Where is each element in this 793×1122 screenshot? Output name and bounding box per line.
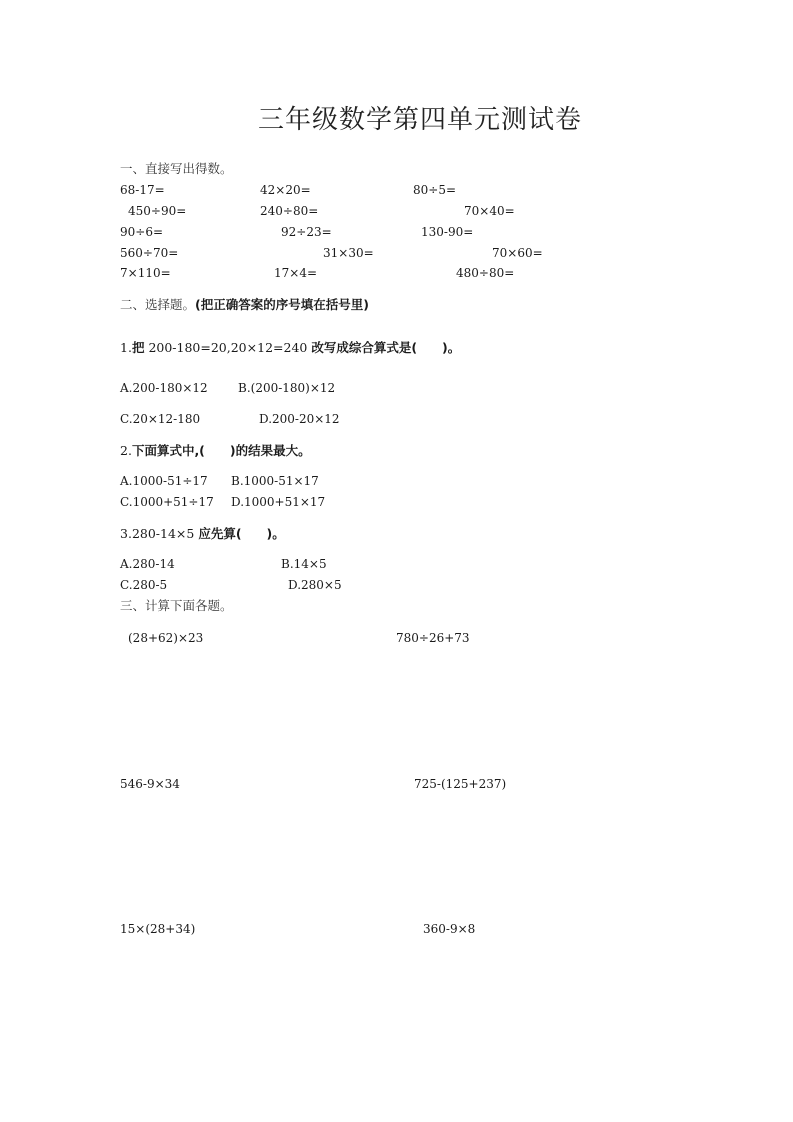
oral-problem: 17×4= xyxy=(274,266,317,280)
oral-problem: 90÷6= xyxy=(120,225,163,239)
oral-problem: 70×60= xyxy=(492,246,543,260)
calc-problem: (28+62)×23 xyxy=(128,631,203,645)
question-prefix: 把 xyxy=(132,340,145,355)
option-b: B.14×5 xyxy=(281,557,327,571)
question-1: 1.把 200-180=20,20×12=240 改写成综合算式是( )。 xyxy=(120,341,460,355)
oral-problem: 42×20= xyxy=(260,183,311,197)
question-number: 2. xyxy=(120,443,132,458)
oral-problem: 7×110= xyxy=(120,266,171,280)
option-d: D.200-20×12 xyxy=(259,412,340,426)
question-number: 3. xyxy=(120,526,132,541)
question-suffix: 下面算式中,( )的结果最大。 xyxy=(132,443,311,458)
calc-problem: 15×(28+34) xyxy=(120,922,195,936)
question-number: 1. xyxy=(120,340,132,355)
option-a: A.200-180×12 xyxy=(120,381,208,395)
oral-problem: 560÷70= xyxy=(120,246,178,260)
section-3-heading: 三、计算下面各题。 xyxy=(120,599,233,613)
calc-problem: 780÷26+73 xyxy=(396,631,470,645)
oral-problem: 480÷80= xyxy=(456,266,514,280)
option-c: C.1000+51÷17 xyxy=(120,495,214,509)
oral-problem: 92÷23= xyxy=(281,225,332,239)
oral-problem: 130-90= xyxy=(421,225,473,239)
option-c: C.20×12-180 xyxy=(120,412,200,426)
calc-problem: 360-9×8 xyxy=(423,922,475,936)
oral-problem: 70×40= xyxy=(464,204,515,218)
option-c: C.280-5 xyxy=(120,578,167,592)
question-expression: 280-14×5 xyxy=(132,526,194,541)
option-d: D.280×5 xyxy=(288,578,342,592)
section-2-heading: 二、选择题。 xyxy=(120,297,195,312)
option-a: A.280-14 xyxy=(120,557,175,571)
section-1-heading: 一、直接写出得数。 xyxy=(120,162,233,176)
oral-problem: 80÷5= xyxy=(413,183,456,197)
calc-problem: 725-(125+237) xyxy=(414,777,506,791)
oral-problem: 31×30= xyxy=(323,246,374,260)
page-title: 三年级数学第四单元测试卷 xyxy=(258,104,582,136)
oral-problem: 240÷80= xyxy=(260,204,318,218)
option-d: D.1000+51×17 xyxy=(231,495,325,509)
option-b: B.1000-51×17 xyxy=(231,474,319,488)
option-a: A.1000-51÷17 xyxy=(120,474,208,488)
section-2-heading-row: 二、选择题。(把正确答案的序号填在括号里) xyxy=(120,298,369,312)
question-suffix: 改写成综合算式是( )。 xyxy=(311,340,460,355)
option-b: B.(200-180)×12 xyxy=(238,381,335,395)
question-expression: 200-180=20,20×12=240 xyxy=(148,340,307,355)
section-2-note: (把正确答案的序号填在括号里) xyxy=(195,297,369,312)
calc-problem: 546-9×34 xyxy=(120,777,180,791)
oral-problem: 450÷90= xyxy=(128,204,186,218)
question-2: 2.下面算式中,( )的结果最大。 xyxy=(120,444,311,458)
question-3: 3.280-14×5 应先算( )。 xyxy=(120,527,285,541)
oral-problem: 68-17= xyxy=(120,183,165,197)
question-suffix: 应先算( )。 xyxy=(198,526,284,541)
